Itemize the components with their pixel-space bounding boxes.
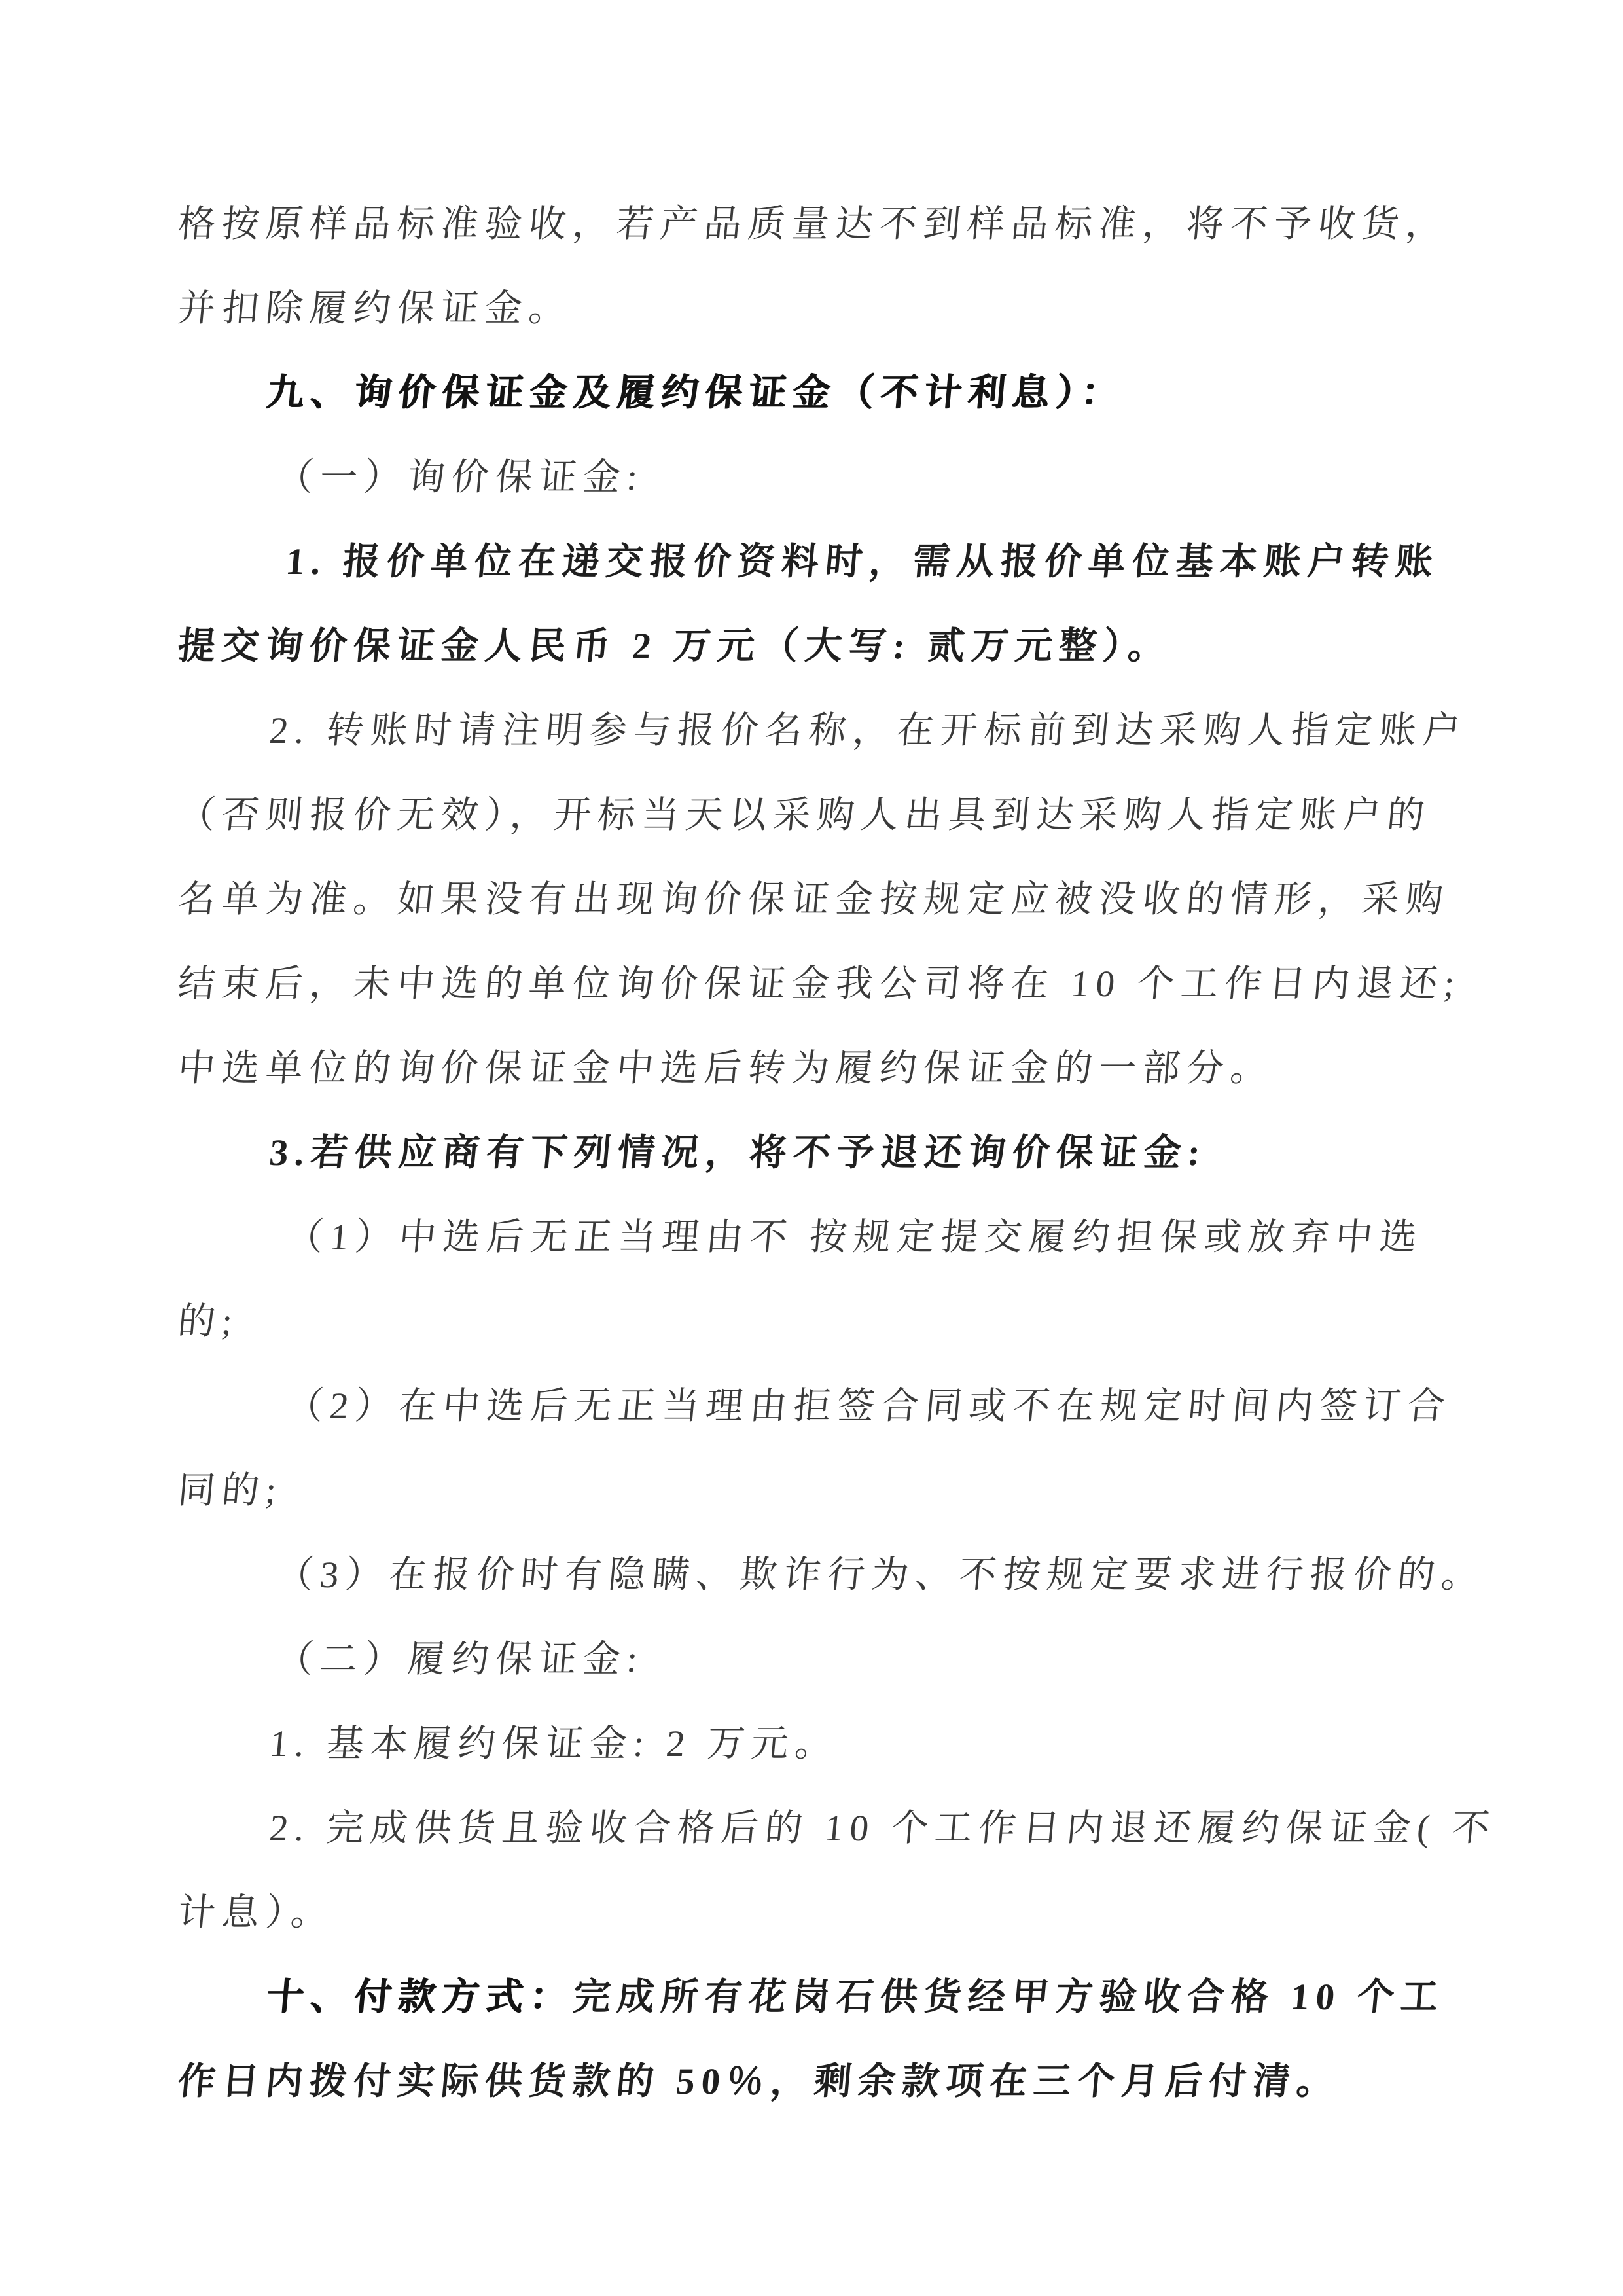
paragraph-line: 结束后，未中选的单位询价保证金我公司将在 10 个工作日内退还; (174, 942, 1464, 1026)
subsection-heading: （一）询价保证金: (174, 435, 1464, 520)
paragraph-line: （否则报价无效），开标当天以采购人出具到达采购人指定账户的 (174, 773, 1464, 857)
list-item-line: （3）在报价时有隐瞒、欺诈行为、不按规定要求进行报价的。 (174, 1533, 1464, 1617)
paragraph-line: 2. 完成供货且验收合格后的 10 个工作日内退还履约保证金( 不 (174, 1786, 1464, 1871)
document-page: 格按原样品标准验收，若产品质量达不到样品标准，将不予收货， 并扣除履约保证金。 … (0, 0, 1623, 2296)
list-item-line: （1）中选后无正当理由不 按规定提交履约担保或放弃中选 (174, 1195, 1464, 1280)
paragraph-line: 格按原样品标准验收，若产品质量达不到样品标准，将不予收货， (174, 182, 1464, 266)
list-item-line: 的; (174, 1280, 1464, 1364)
list-item-line: 同的; (174, 1448, 1464, 1533)
paragraph-line: 名单为准。如果没有出现询价保证金按规定应被没收的情形，采购 (174, 857, 1464, 942)
paragraph-line: 3.若供应商有下列情况，将不予退还询价保证金: (174, 1111, 1464, 1195)
paragraph-line: 2. 转账时请注明参与报价名称，在开标前到达采购人指定账户 (174, 689, 1464, 773)
section-heading-lead: 十、付款方式： (264, 1977, 575, 2018)
paragraph-line: 计息）。 (174, 1871, 1464, 1955)
paragraph-line: 十、付款方式：完成所有花岗石供货经甲方验收合格 10 个工 (174, 1955, 1464, 2039)
paragraph-line: 提交询价保证金人民币 2 万元（大写: 贰万元整）。 (174, 604, 1464, 689)
paragraph-line: 1. 报价单位在递交报价资料时，需从报价单位基本账户转账 (174, 520, 1464, 604)
paragraph-line: 作日内拨付实际供货款的 50％，剩余款项在三个月后付清。 (174, 2039, 1464, 2124)
list-item-line: （2）在中选后无正当理由拒签合同或不在规定时间内签订合 (174, 1364, 1464, 1448)
paragraph-line: 中选单位的询价保证金中选后转为履约保证金的一部分。 (174, 1026, 1464, 1111)
paragraph-line: 1. 基本履约保证金: 2 万元。 (174, 1702, 1464, 1786)
subsection-heading: （二）履约保证金: (174, 1617, 1464, 1702)
paragraph-line: 并扣除履约保证金。 (174, 266, 1464, 351)
paragraph-text: 完成所有花岗石供货经甲方验收合格 10 个工 (571, 1977, 1446, 2018)
section-heading: 九、询价保证金及履约保证金（不计利息）： (174, 351, 1464, 435)
document-body: 格按原样品标准验收，若产品质量达不到样品标准，将不予收货， 并扣除履约保证金。 … (178, 182, 1461, 2124)
